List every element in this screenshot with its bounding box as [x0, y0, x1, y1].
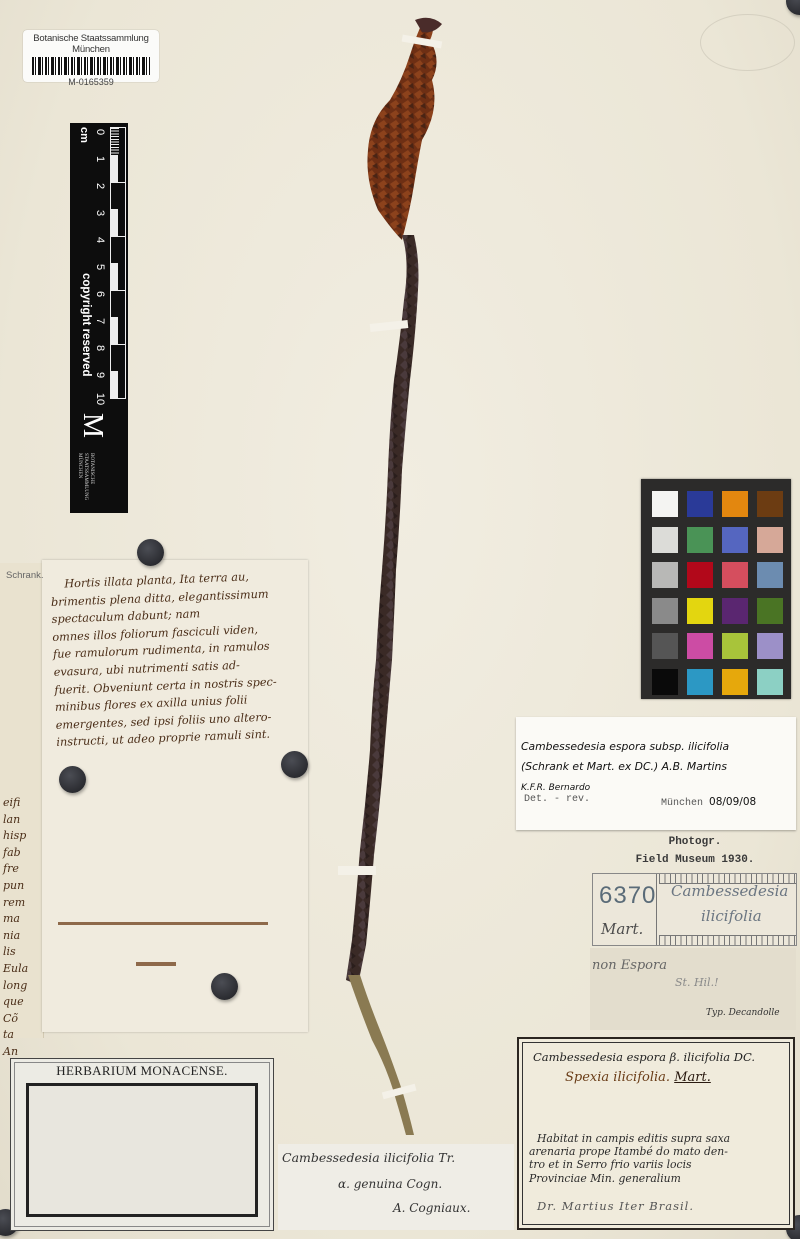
field-museum-label: 6370 Mart. Cambessedesia ilicifolia	[592, 873, 797, 946]
color-chip	[652, 491, 678, 517]
barcode-label: Botanische Staatssammlung München M-0165…	[23, 30, 159, 82]
color-chip	[722, 669, 748, 695]
photo-stamp-line: Field Museum 1930.	[590, 851, 800, 869]
color-chip	[757, 633, 783, 659]
faded-ink-line	[58, 922, 268, 925]
color-chip	[687, 669, 713, 695]
scale-tick-label: 5	[94, 259, 106, 275]
determination-label: Cambessedesia espora subsp. ilicifolia (…	[516, 717, 796, 830]
species-line: ilicifolia	[671, 904, 788, 929]
color-chip	[722, 598, 748, 624]
logo-mark-icon: M	[76, 413, 108, 438]
fragment-line: nia	[3, 928, 43, 945]
scale-tick-label: 0	[94, 124, 106, 140]
typus-text: Typ. Decandolle	[706, 1008, 780, 1018]
martius-name-line-2: Spexia ilicifolia. Mart.	[565, 1070, 711, 1085]
color-chip	[652, 562, 678, 588]
barcode-icon	[32, 57, 150, 75]
label-number-box: 6370 Mart.	[593, 874, 657, 945]
det-name-line-1: Cambessedesia espora subsp. ilicifolia	[521, 740, 729, 753]
color-chip	[722, 491, 748, 517]
martius-original-label: Cambessedesia espora β. ilicifolia DC. S…	[517, 1037, 795, 1230]
cm-ruler	[659, 935, 796, 945]
fragment-line: eifi	[3, 795, 43, 812]
det-place-date: München 08/09/08	[661, 796, 756, 809]
color-chip	[757, 669, 783, 695]
color-chip	[687, 598, 713, 624]
fragment-line: Cõ	[3, 1011, 43, 1028]
color-chip	[757, 527, 783, 553]
martius-collector: Dr. Martius Iter Brasil.	[537, 1199, 694, 1213]
ruler-segment	[111, 344, 125, 371]
cogniaux-line-2: α. genuina Cogn.	[338, 1177, 442, 1191]
scale-ruler	[110, 127, 126, 399]
mounting-pin	[786, 0, 800, 15]
herbarium-title-text: HERBARIUM MONACENSE.	[48, 1063, 235, 1078]
det-date: 08/09/08	[709, 796, 756, 808]
scale-tick-label: 3	[94, 205, 106, 221]
fragment-line: long	[3, 978, 43, 995]
typus-label: non Espora St. Hil.! Typ. Decandolle	[590, 948, 796, 1030]
herbarium-sheet: Botanische Staatssammlung München M-0165…	[0, 0, 800, 1239]
color-chip	[757, 562, 783, 588]
barcode-number: M-0165359	[23, 77, 159, 87]
letter-fragment-text: eifi lan hisp fab fre pun rem ma nia lis…	[3, 795, 43, 1061]
color-chip	[687, 527, 713, 553]
fragment-line: ta	[3, 1027, 43, 1044]
habitat-line: Habitat in campis editis supra saxa	[529, 1132, 730, 1145]
bsm-logo: M BOTANISCHE STAATSSAMMLUNG MÜNCHEN	[76, 413, 124, 503]
mounting-pin	[59, 766, 86, 793]
scale-tick-label: 9	[94, 367, 106, 383]
fragment-line: fab	[3, 845, 43, 862]
faded-ink-smudge	[136, 962, 176, 966]
color-checker-card	[641, 479, 791, 699]
mounting-pin	[137, 539, 164, 566]
herbarium-label: HERBARIUM MONACENSE.	[10, 1058, 274, 1231]
color-chip	[757, 598, 783, 624]
ruler-segment	[111, 290, 125, 317]
color-chip	[687, 562, 713, 588]
logo-text-line: MÜNCHEN	[77, 453, 82, 478]
determiner: K.F.R. Bernardo	[521, 783, 590, 793]
ruler-segment	[111, 317, 125, 344]
fragment-line: pun	[3, 878, 43, 895]
scale-bar: cm 0 1 2 3 4 5 6 7 8 9 10 copyright rese…	[70, 123, 128, 513]
det-name-line-2: (Schrank et Mart. ex DC.) A.B. Martins	[521, 760, 727, 773]
cogniaux-label: Cambessedesia ilicifolia Tr. α. genuina …	[278, 1144, 514, 1230]
fragment-line: Eula	[3, 961, 43, 978]
color-chip	[652, 633, 678, 659]
mounting-pin	[211, 973, 238, 1000]
institution-name: Botanische Staatssammlung München	[23, 33, 159, 55]
color-chip	[722, 633, 748, 659]
plant-specimen	[330, 0, 460, 1150]
color-chip	[652, 669, 678, 695]
typus-annotation: non Espora	[592, 958, 667, 973]
photo-stamp-line: Photogr.	[590, 833, 800, 851]
ruler-segment	[111, 236, 125, 263]
millimeter-ticks	[111, 128, 119, 155]
color-chip	[722, 562, 748, 588]
cogniaux-line-1: Cambessedesia ilicifolia Tr.	[282, 1150, 455, 1165]
color-chip	[757, 491, 783, 517]
herbarium-title: HERBARIUM MONACENSE.	[11, 1063, 273, 1079]
color-chip	[687, 633, 713, 659]
photo-stamp: Photogr. Field Museum 1930.	[590, 833, 800, 869]
logo-text-line: BOTANISCHE	[89, 453, 94, 484]
habitat-line: arenaria prope Itambé do mato den-	[529, 1145, 730, 1158]
fragment-line: lis	[3, 944, 43, 961]
embossed-stamp	[700, 14, 795, 71]
martius-habitat: Habitat in campis editis supra saxa aren…	[529, 1132, 730, 1185]
fragment-line: lan	[3, 812, 43, 829]
color-chip	[687, 491, 713, 517]
fragment-line: ma	[3, 911, 43, 928]
scale-unit: cm	[78, 127, 90, 143]
scale-tick-label: 6	[94, 286, 106, 302]
logo-text-line: STAATSSAMMLUNG	[83, 453, 88, 500]
fragment-line: que	[3, 994, 43, 1011]
ruler-segment	[111, 371, 125, 398]
copyright-text: copyright reserved	[72, 273, 92, 403]
scale-tick-label: 7	[94, 313, 106, 329]
mounting-strip	[338, 866, 376, 875]
margin-label: Schrank.	[6, 570, 44, 581]
scale-tick-label: 4	[94, 232, 106, 248]
fragment-line: rem	[3, 895, 43, 912]
martius-author: Mart.	[674, 1070, 711, 1085]
scale-tick-label: 8	[94, 340, 106, 356]
logo-text: BOTANISCHE STAATSSAMMLUNG MÜNCHEN	[76, 453, 94, 503]
ruler-segment	[111, 182, 125, 209]
scale-tick-label: 2	[94, 178, 106, 194]
scale-tick-label: 10	[94, 391, 106, 407]
ruler-segment	[111, 209, 125, 236]
det-rev: Det. - rev.	[524, 794, 590, 805]
cogniaux-signature: A. Cogniaux.	[393, 1201, 470, 1215]
color-chip	[652, 527, 678, 553]
ruler-segment	[111, 263, 125, 290]
field-museum-species: Cambessedesia ilicifolia	[671, 879, 788, 929]
color-chip	[722, 527, 748, 553]
ruler-segment	[111, 155, 125, 182]
color-chip	[652, 598, 678, 624]
collector-abbrev: Mart.	[601, 920, 643, 938]
letter-text: Hortis illata planta, Ita terra au, brim…	[50, 566, 317, 752]
scale-tick-label: 1	[94, 151, 106, 167]
habitat-line: tro et in Serro frio variis locis	[529, 1158, 730, 1171]
martius-species: Spexia ilicifolia.	[565, 1070, 670, 1085]
mounting-pin	[281, 751, 308, 778]
negative-number: 6370	[599, 882, 656, 910]
habitat-line: Provinciae Min. generalium	[529, 1172, 730, 1185]
martius-name-line-1: Cambessedesia espora β. ilicifolia DC.	[533, 1050, 755, 1064]
typus-annotation-2: St. Hil.!	[675, 976, 719, 989]
herbarium-label-blank-area	[26, 1083, 258, 1217]
det-place: München	[661, 798, 703, 809]
fragment-line: fre	[3, 861, 43, 878]
fragment-line: hisp	[3, 828, 43, 845]
species-line: Cambessedesia	[671, 882, 788, 900]
